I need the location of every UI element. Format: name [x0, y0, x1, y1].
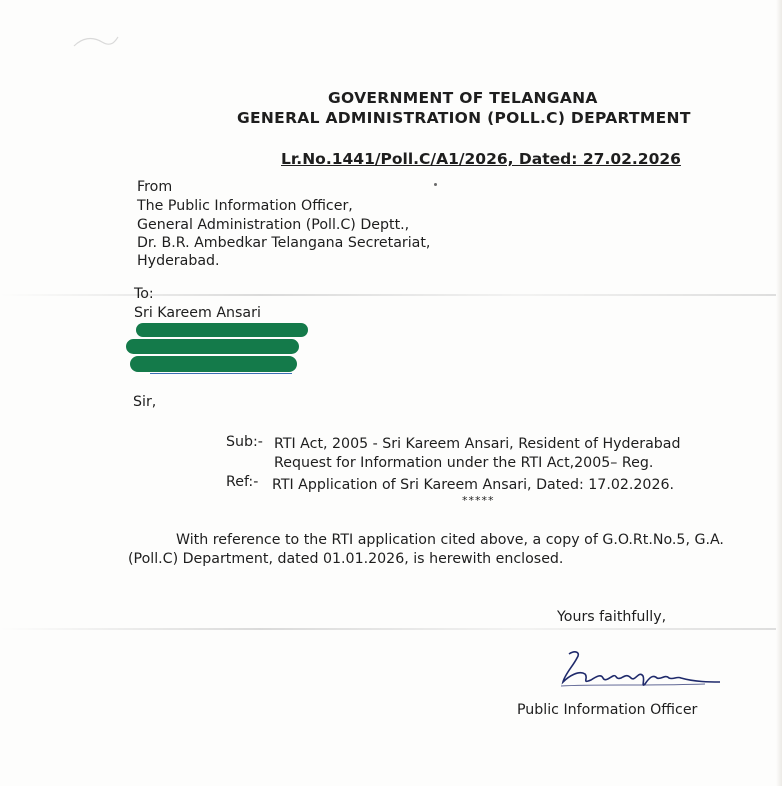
scan-smudge: [72, 34, 120, 50]
closing: Yours faithfully,: [557, 608, 666, 626]
separator-stars: *****: [462, 492, 495, 510]
from-line: The Public Information Officer,: [137, 197, 353, 215]
from-line: General Administration (Poll.C) Deptt.,: [137, 216, 409, 234]
paper-edge: [776, 0, 782, 786]
to-label: To:: [134, 285, 154, 303]
paper-fold-line: [0, 294, 782, 296]
from-line: Hyderabad.: [137, 252, 220, 270]
letter-reference-number: Lr.No.1441/Poll.C/A1/2026, Dated: 27.02.…: [281, 150, 681, 168]
paper-fold-line: [0, 628, 782, 630]
recipient-name: Sri Kareem Ansari: [134, 304, 261, 322]
letter-page: GOVERNMENT OF TELANGANA GENERAL ADMINIST…: [0, 0, 782, 786]
salutation: Sir,: [133, 393, 156, 411]
body-line-2: (Poll.C) Department, dated 01.01.2026, i…: [128, 550, 563, 568]
signature-image: [555, 648, 725, 694]
ref-label: Ref:-: [226, 473, 258, 491]
from-line: Dr. B.R. Ambedkar Telangana Secretariat,: [137, 234, 430, 252]
subject-label: Sub:-: [226, 433, 263, 451]
scan-speck: [434, 183, 437, 186]
signatory-title: Public Information Officer: [517, 701, 697, 719]
from-label: From: [137, 178, 172, 196]
body-line-1: With reference to the RTI application ci…: [176, 531, 724, 549]
letterhead-line-2: GENERAL ADMINISTRATION (POLL.C) DEPARTME…: [237, 109, 691, 127]
subject-line-2: Request for Information under the RTI Ac…: [274, 454, 653, 472]
letterhead-line-1: GOVERNMENT OF TELANGANA: [328, 89, 598, 107]
subject-line-1: RTI Act, 2005 - Sri Kareem Ansari, Resid…: [274, 435, 681, 453]
